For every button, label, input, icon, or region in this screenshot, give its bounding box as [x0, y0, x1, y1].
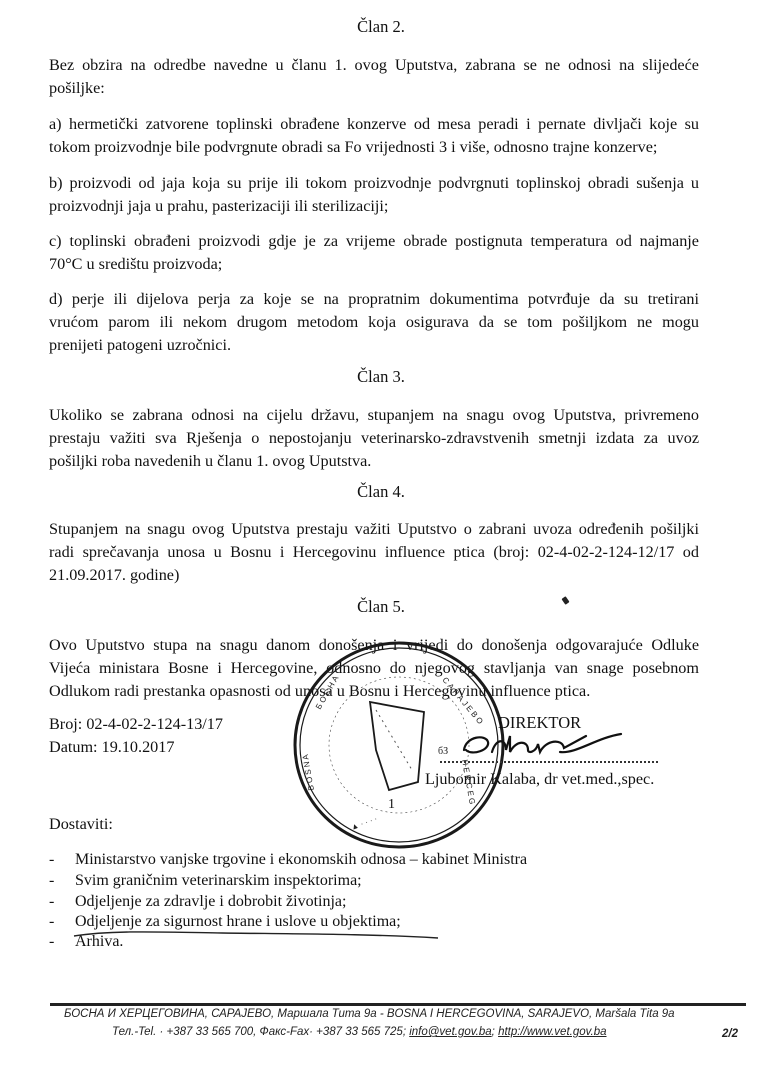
document-date: Datum: 19.10.2017: [49, 736, 223, 759]
reference-block: Broj: 02-4-02-2-124-13/17 Datum: 19.10.2…: [49, 713, 223, 759]
svg-text:бЗ: бЗ: [438, 746, 448, 757]
article-2-heading: Član 2.: [0, 17, 762, 37]
stamp-number: 1: [388, 797, 395, 812]
svg-text:▲ · · · ·: ▲ · · · ·: [350, 814, 379, 832]
article-2-item-c: c) toplinski obrađeni proizvodi gdje je …: [49, 230, 699, 276]
article-3-heading: Član 3.: [0, 367, 762, 387]
list-item: -Svim graničnim veterinarskim inspektori…: [49, 872, 362, 890]
signature-line: [440, 761, 658, 763]
page-number: 2/2: [722, 1028, 738, 1040]
footer-contact: Тел.-Tel. · +387 33 565 700, Факс-Fax· +…: [112, 1026, 607, 1038]
text-line: a) hermetički zatvorene toplinski obrađe…: [49, 113, 699, 136]
text-line: c) toplinski obrađeni proizvodi gdje je …: [49, 230, 699, 253]
article-3-body: Ukoliko se zabrana odnosi na cijelu drža…: [49, 404, 699, 473]
list-item-text: Ministarstvo vanjske trgovine i ekonomsk…: [75, 851, 527, 868]
bullet: -: [49, 851, 75, 869]
footer-separator: ;: [492, 1026, 495, 1038]
text-line: 21.09.2017. godine): [49, 564, 699, 587]
reference-number: Broj: 02-4-02-2-124-13/17: [49, 713, 223, 736]
text-line: prestaju važiti sva Rješenja o nepostoja…: [49, 427, 699, 450]
text-line: Bez obzira na odredbe navedne u članu 1.…: [49, 54, 699, 77]
list-item-text: Svim graničnim veterinarskim inspektorim…: [75, 872, 362, 889]
text-line: tokom proizvodnje bile podvrgnute obradi…: [49, 136, 699, 159]
text-line: Ukoliko se zabrana odnosi na cijelu drža…: [49, 404, 699, 427]
distribution-label: Dostaviti:: [49, 815, 113, 834]
text-line: d) perje ili dijelova perja za koje se n…: [49, 288, 699, 311]
coat-of-arms-shield-icon: [370, 702, 424, 790]
svg-text:С А Р А Ј Е В О: С А Р А Ј Е В О: [440, 676, 484, 726]
list-item: -Arhiva.: [49, 933, 123, 951]
bullet: -: [49, 933, 75, 951]
text-line: vrućom parom ili nekom drugom metodom ko…: [49, 311, 699, 334]
text-line: radi sprečavanja unosa u Bosnu i Hercego…: [49, 541, 699, 564]
footer-divider: [50, 1003, 746, 1006]
list-item-text: Odjeljenje za zdravlje i dobrobit životi…: [75, 893, 346, 910]
footer-website-link[interactable]: http://www.vet.gov.ba: [498, 1026, 606, 1038]
text-line: pošiljki roba navedenih u članu 1. ovog …: [49, 450, 699, 473]
list-item: -Odjeljenje za zdravlje i dobrobit život…: [49, 893, 346, 911]
footer-phone-fax: Тел.-Tel. · +387 33 565 700, Факс-Fax· +…: [112, 1026, 406, 1038]
footer-address: БОСНА И ХЕРЦЕГОВИНА, САРАЈЕВО, Маршала Т…: [64, 1008, 744, 1020]
text-line: prenijeti patogeni uzročnici.: [49, 334, 699, 357]
text-line: 70°C u središtu proizvoda;: [49, 253, 699, 276]
signatory-name: Ljubomir Kalaba, dr vet.med.,spec.: [425, 770, 654, 789]
text-line: Stupanjem na snagu ovog Uputstva prestaj…: [49, 518, 699, 541]
article-4-heading: Član 4.: [0, 482, 762, 502]
bullet: -: [49, 893, 75, 911]
handwritten-underline: [72, 928, 442, 942]
list-item: -Ministarstvo vanjske trgovine i ekonoms…: [49, 851, 527, 869]
footer-email-link[interactable]: info@vet.gov.ba: [409, 1026, 491, 1038]
text-line: b) proizvodi od jaja koja su prije ili t…: [49, 172, 699, 195]
article-5-heading: Član 5.: [0, 597, 762, 617]
bullet: -: [49, 872, 75, 890]
article-2-item-b: b) proizvodi od jaja koja su prije ili t…: [49, 172, 699, 218]
text-line: proizvodnji jaja u prahu, pasterizaciji …: [49, 195, 699, 218]
handwritten-signature: бЗ: [436, 728, 636, 764]
list-item-text: Arhiva.: [75, 933, 123, 950]
article-2-item-d: d) perje ili dijelova perja za koje se n…: [49, 288, 699, 357]
text-line: pošiljke:: [49, 77, 699, 100]
article-2-intro: Bez obzira na odredbe navedne u članu 1.…: [49, 54, 699, 100]
article-2-item-a: a) hermetički zatvorene toplinski obrađe…: [49, 113, 699, 159]
article-4-body: Stupanjem na snagu ovog Uputstva prestaj…: [49, 518, 699, 587]
